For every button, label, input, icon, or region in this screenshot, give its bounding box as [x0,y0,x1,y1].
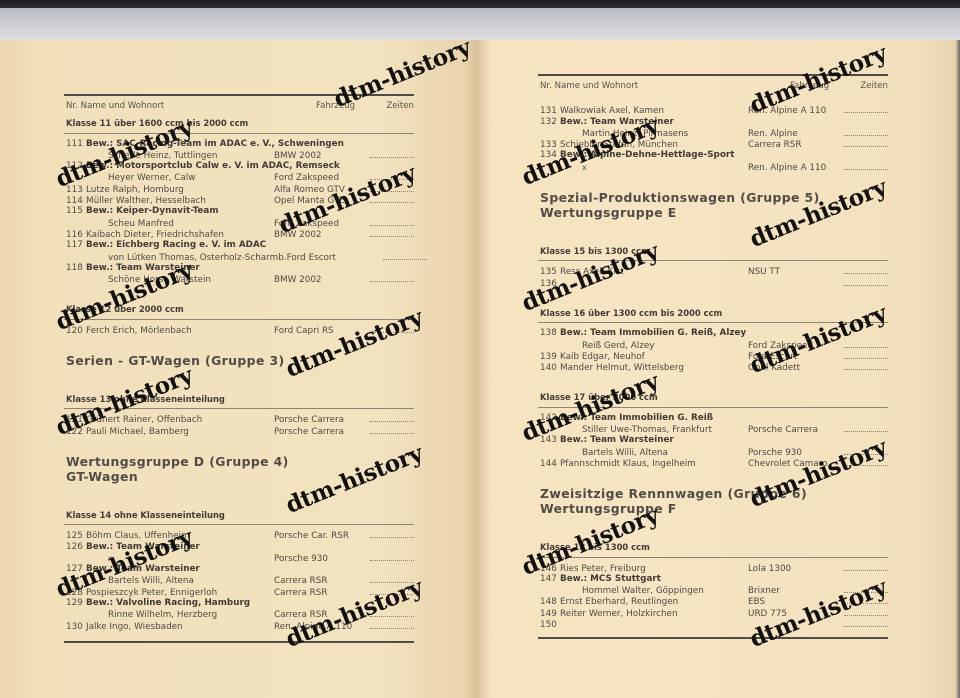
class-heading: Klasse 11 über 1600 ccm bis 2000 ccm [64,116,414,133]
spacer [64,436,414,454]
entrant-team: Bew.: Team Warsteiner [86,263,274,274]
driver-name: x [86,553,274,564]
entry-row: 146Ries Peter, FreiburgLola 1300 [538,562,888,573]
driver-name: Scheu Manfred [86,219,274,230]
entry-row: 128Pospieszcyk Peter, EnnigerlohCarrera … [64,586,414,597]
entrant-team: Bew.: Team Warsteiner [560,435,748,446]
time-field [844,277,888,286]
entry-number: 121 [64,415,86,426]
time-field [370,205,414,213]
time-field [370,597,414,605]
time-field [844,595,888,604]
entrant-team: Bew.: Valvoline Racing, Hamburg [86,598,274,609]
driver-name: Ernst Eberhard, Reutlingen [560,597,748,608]
spacer [538,172,888,190]
time-field [436,160,480,168]
vehicle: Porsche Carrera [748,425,844,436]
driver-name: Grünert Rainer, Offenbach [86,415,274,426]
entry-number: 139 [538,352,560,363]
time-field [370,425,414,434]
entry-row: 140Mander Helmut, WittelsbergOpel Kadett [538,361,888,372]
driver-name: Hommel Walter, Göppingen [560,586,748,597]
time-field [844,361,888,370]
entrant-team: Bew.: Team Warsteiner [86,542,274,553]
vehicle: Porsche Carrera [274,415,370,426]
vehicle: Ford Capri RS [274,326,370,337]
entry-row: Martin Heinz, PirmasensRen. Alpine [538,127,888,138]
entry-row: 116Kaibach Dieter, FriedrichshafenBMW 20… [64,228,414,239]
driver-name: Heyer Werner, Calw [86,173,274,184]
vehicle: Brixner [748,586,844,597]
class-heading: Klasse 18 bis 1300 ccm [538,540,888,557]
footer-rule [64,641,414,643]
driver-name: Reiter Werner, Holzkirchen [560,609,748,620]
entrant-team: Bew.: Alpine-Dehne-Hettlage-Sport [560,150,748,161]
right-entries: 131Walkowiak Axel, KamenRen. Alpine A 11… [538,92,888,629]
entry-number: 148 [538,597,560,608]
vehicle: Ford Zakspeed [274,173,370,184]
entry-number: 111 [64,139,86,150]
entrant-team: Bew.: Team Warsteiner [86,564,274,575]
col-vehicle: Fahrzeug [790,81,852,92]
driver-name: Rinne Wilhelm, Herzberg [86,610,274,621]
section-title: Wertungsgruppe E [538,205,888,220]
entry-row: Heyer Werner, CalwFord Zakspeed [64,171,414,182]
entry-number: 135 [538,267,560,278]
vehicle: Ford Zakspeed [274,219,370,230]
entry-row: 144Pfannschmidt Klaus, IngelheimChevrole… [538,457,888,468]
col-vehicle: Fahrzeug [316,101,378,112]
entry-row: 125Böhm Claus, UffenheimPorsche Car. RSR [64,529,414,540]
time-field [844,412,888,420]
time-field [844,116,888,124]
vehicle: Opel Kadett [748,363,844,374]
time-field [844,584,888,593]
entry-row: 149Reiter Werner, HolzkirchenURD 775 [538,607,888,618]
driver-name: Lutze Ralph, Homburg [86,185,274,196]
entry-number: 113 [64,185,86,196]
time-field [370,413,414,422]
entry-number: 120 [64,326,86,337]
entry-row: 121Grünert Rainer, OffenbachPorsche Carr… [64,413,414,424]
time-field [844,265,888,274]
time-field [844,573,888,581]
section-title: GT-Wagen [64,469,414,484]
entry-row: Reiß Gerd, AlzeyFord Zakspeed [538,339,888,350]
entry-row: Schöne Horst, WarsteinBMW 2002 [64,273,414,284]
entry-row: xPorsche 930 [64,552,414,563]
class-heading: Klasse 17 über 2000 ccm [538,390,888,407]
time-field [844,104,888,113]
vehicle: Ren. Alpine A 110 [748,106,844,117]
time-field [370,608,414,617]
vehicle: Ford Escort [748,352,844,363]
section-title: Spezial-Produktionswagen (Gruppe 5) [538,190,888,205]
time-field [370,262,414,270]
class-heading: Klasse 16 über 1300 ccm bis 2000 ccm [538,306,888,323]
entry-row: von Lütken Thomas, Osterholz-Scharmb.For… [64,251,414,262]
vehicle: Lola 1300 [748,564,844,575]
spacer [538,288,888,306]
driver-name: Mander Helmut, Wittelsberg [560,363,748,374]
vehicle: Porsche Car. RSR [274,531,370,542]
time-field [370,541,414,549]
backdrop [0,8,960,44]
entry-row: Rinne Wilhelm, HerzbergCarrera RSR [64,608,414,619]
entry-number: 127 [64,564,86,575]
entry-row: Stiller Uwe-Thomas, FrankfurtPorsche Car… [538,423,888,434]
vehicle: URD 775 [748,609,844,620]
spacer [64,335,414,353]
vehicle: Carrera RSR [274,588,370,599]
col-times: Zeiten [852,81,888,92]
column-header: Nr. Name und Wohnort Fahrzeug Zeiten [538,76,888,92]
spacer [64,284,414,302]
vehicle: Chevrolet Camaro [748,459,844,470]
time-field [370,552,414,561]
vehicle: Ford Escort [287,253,383,264]
time-field [844,618,888,627]
vehicle: Ford Zakspeed [748,341,844,352]
entrant-team: Bew.: MCS Stuttgart [560,574,748,585]
driver-name: Ress Axel, Kist [560,267,748,278]
time-field [844,607,888,616]
vehicle: Carrera RSR [748,140,844,151]
time-field [370,217,414,226]
entry-number: 130 [64,622,86,633]
time-field [844,457,888,466]
time-field [370,563,414,571]
entry-number: 140 [538,363,560,374]
time-field [844,423,888,432]
class-heading: Klasse 12 über 2000 ccm [64,302,414,319]
entrant-team: Bew.: Keiper-Dynavit-Team [86,206,274,217]
vehicle: Porsche 930 [748,448,844,459]
entrant-team: Bew.: Motorsportclub Calw e. V. im ADAC,… [86,161,340,172]
entry-row: 138Bew.: Team Immobilien G. Reiß, Alzey [538,327,888,338]
time-field [370,620,414,629]
entry-number: 126 [64,542,86,553]
vehicle: Carrera RSR [274,610,370,621]
entry-number: 147 [538,574,560,585]
entry-row: 142Bew.: Team Immobilien G. Reiß [538,412,888,423]
entry-number: 129 [64,598,86,609]
entry-number: 115 [64,206,86,217]
entry-row: 133Schiebler Stefan, MünchenCarrera RSR [538,138,888,149]
time-field [370,273,414,282]
col-nr-name: Nr. Name und Wohnort [540,81,638,92]
driver-name: Ferch Erich, Mörlenbach [86,326,274,337]
time-field [844,562,888,571]
time-field [383,251,427,260]
entry-number: 136 [538,279,560,290]
vehicle: Ren. Alpine A 110 [748,163,844,174]
entry-number: 138 [538,328,560,339]
entry-number: 149 [538,609,560,620]
entrant-team: Bew.: Eichberg Racing e. V. im ADAC [86,240,274,251]
section-title: Wertungsgruppe F [538,501,888,516]
time-field [370,574,414,583]
driver-name: Pauli Michael, Bamberg [86,427,274,438]
vehicle: EBS [748,597,844,608]
left-page-content: Nr. Name und Wohnort Fahrzeug Zeiten Kla… [64,48,414,643]
driver-name: Kaib Edgar, Neuhof [560,352,748,363]
section-title: Serien - GT-Wagen (Gruppe 3) [64,353,414,368]
class-heading: Klasse 14 ohne Klasseneinteilung [64,508,414,525]
right-page-content: Nr. Name und Wohnort Fahrzeug Zeiten 131… [538,48,888,639]
driver-name: Martin Heinz, Pirmasens [560,129,748,140]
entrant-team: Bew.: Team Immobilien G. Reiß, Alzey [560,328,748,339]
entry-number: 118 [64,263,86,274]
section-title: Wertungsgruppe D (Gruppe 4) [64,454,414,469]
entry-number: 132 [538,117,560,128]
spacer [64,374,414,392]
vehicle: BMW 2002 [274,275,370,286]
driver-name: Pfannschmidt Klaus, Ingelheim [560,459,748,470]
entrant-team: Bew.: SAC-Racing-Team im ADAC e. V., Sch… [86,139,344,150]
vehicle: Alfa Romeo GTV [274,185,370,196]
vehicle: Porsche 930 [274,554,370,565]
entry-row: 120Ferch Erich, MörlenbachFord Capri RS [64,324,414,335]
col-times: Zeiten [378,101,414,112]
entry-number: 142 [538,413,560,424]
footer-rule [538,637,888,639]
class-heading: Klasse 15 bis 1300 ccm [538,244,888,261]
time-field [844,339,888,348]
time-field [370,194,414,203]
class-heading: Klasse 13 ohne Klasseneinteilung [64,392,414,409]
right-page: Nr. Name und Wohnort Fahrzeug Zeiten 131… [476,40,960,698]
time-field [844,434,888,442]
entry-number: 144 [538,459,560,470]
entry-row: 130Jalke Ingo, WiesbadenRen. Alpine A 11… [64,620,414,631]
time-field [370,324,414,333]
entry-number: 134 [538,150,560,161]
entry-row: Scheu ManfredFord Zakspeed [64,217,414,228]
time-field [844,350,888,359]
column-header: Nr. Name und Wohnort Fahrzeug Zeiten [64,96,414,112]
time-field [370,586,414,595]
spacer [538,468,888,486]
top-edge-shadow [0,0,960,8]
vehicle: Opel Manta GTE [274,196,370,207]
entry-row: 111Bew.: SAC-Racing-Team im ADAC e. V., … [64,138,414,149]
time-field [844,161,888,170]
driver-name: Jalke Ingo, Wiesbaden [86,622,274,633]
vehicle: Porsche Carrera [274,427,370,438]
entry-row: 135Ress Axel, KistNSU TT [538,265,888,276]
time-field [844,127,888,136]
time-field [844,149,888,157]
driver-name: Bartels Willi, Altena [86,576,274,587]
entry-row: Bartels Willi, AltenaCarrera RSR [64,574,414,585]
driver-name: Bartels Willi, Altena [560,448,748,459]
vehicle: Ren. Alpine [748,129,844,140]
time-field [844,327,888,335]
entry-row: Hommel Walter, GöppingenBrixner [538,584,888,595]
time-field [370,149,414,158]
time-field [844,446,888,455]
time-field [844,138,888,147]
entry-row: 114Müller Walther, HesselbachOpel Manta … [64,194,414,205]
driver-name: Schöne Horst, Warstein [86,275,274,286]
entry-row: 139Kaib Edgar, NeuhofFord Escort [538,350,888,361]
vehicle: NSU TT [748,267,844,278]
entry-row: Bartels Willi, AltenaPorsche 930 [538,446,888,457]
driver-name: Reiß Gerd, Alzey [560,341,748,352]
spacer [538,92,888,104]
col-nr-name: Nr. Name und Wohnort [66,101,164,112]
vehicle: Carrera RSR [274,576,370,587]
driver-name: x [560,162,748,173]
entry-row: Scherle Heinz, TuttlingenBMW 2002 [64,149,414,160]
section-title: Zweisitzige Rennnwagen (Gruppe 6) [538,486,888,501]
spacer [538,522,888,540]
entry-row: 122Pauli Michael, BambergPorsche Carrera [64,425,414,436]
time-field [370,239,414,247]
entry-row: 148Ernst Eberhard, ReutlingenEBS [538,595,888,606]
spacer [64,490,414,508]
entry-number: 122 [64,427,86,438]
left-page: Nr. Name und Wohnort Fahrzeug Zeiten Kla… [0,40,476,698]
time-field [370,171,414,180]
entry-number: 112 [64,161,86,172]
vehicle: BMW 2002 [274,230,370,241]
left-entries: Klasse 11 über 1600 ccm bis 2000 ccm111B… [64,112,414,631]
time-field [370,529,414,538]
entry-number: 117 [64,240,86,251]
vehicle: Ren. Alpine A 110 [274,622,370,633]
entry-number: 143 [538,435,560,446]
time-field [370,228,414,237]
entry-number: 150 [538,620,560,631]
time-field [370,183,414,192]
entrant-team: Bew.: Team Immobilien G. Reiß [560,413,748,424]
entry-row: 113Lutze Ralph, HomburgAlfa Romeo GTV [64,183,414,194]
entry-row: 131Walkowiak Axel, KamenRen. Alpine A 11… [538,104,888,115]
entrant-team: Bew.: Team Warsteiner [560,117,748,128]
spacer [538,372,888,390]
entry-row: xRen. Alpine A 110 [538,161,888,172]
spacer [538,226,888,244]
